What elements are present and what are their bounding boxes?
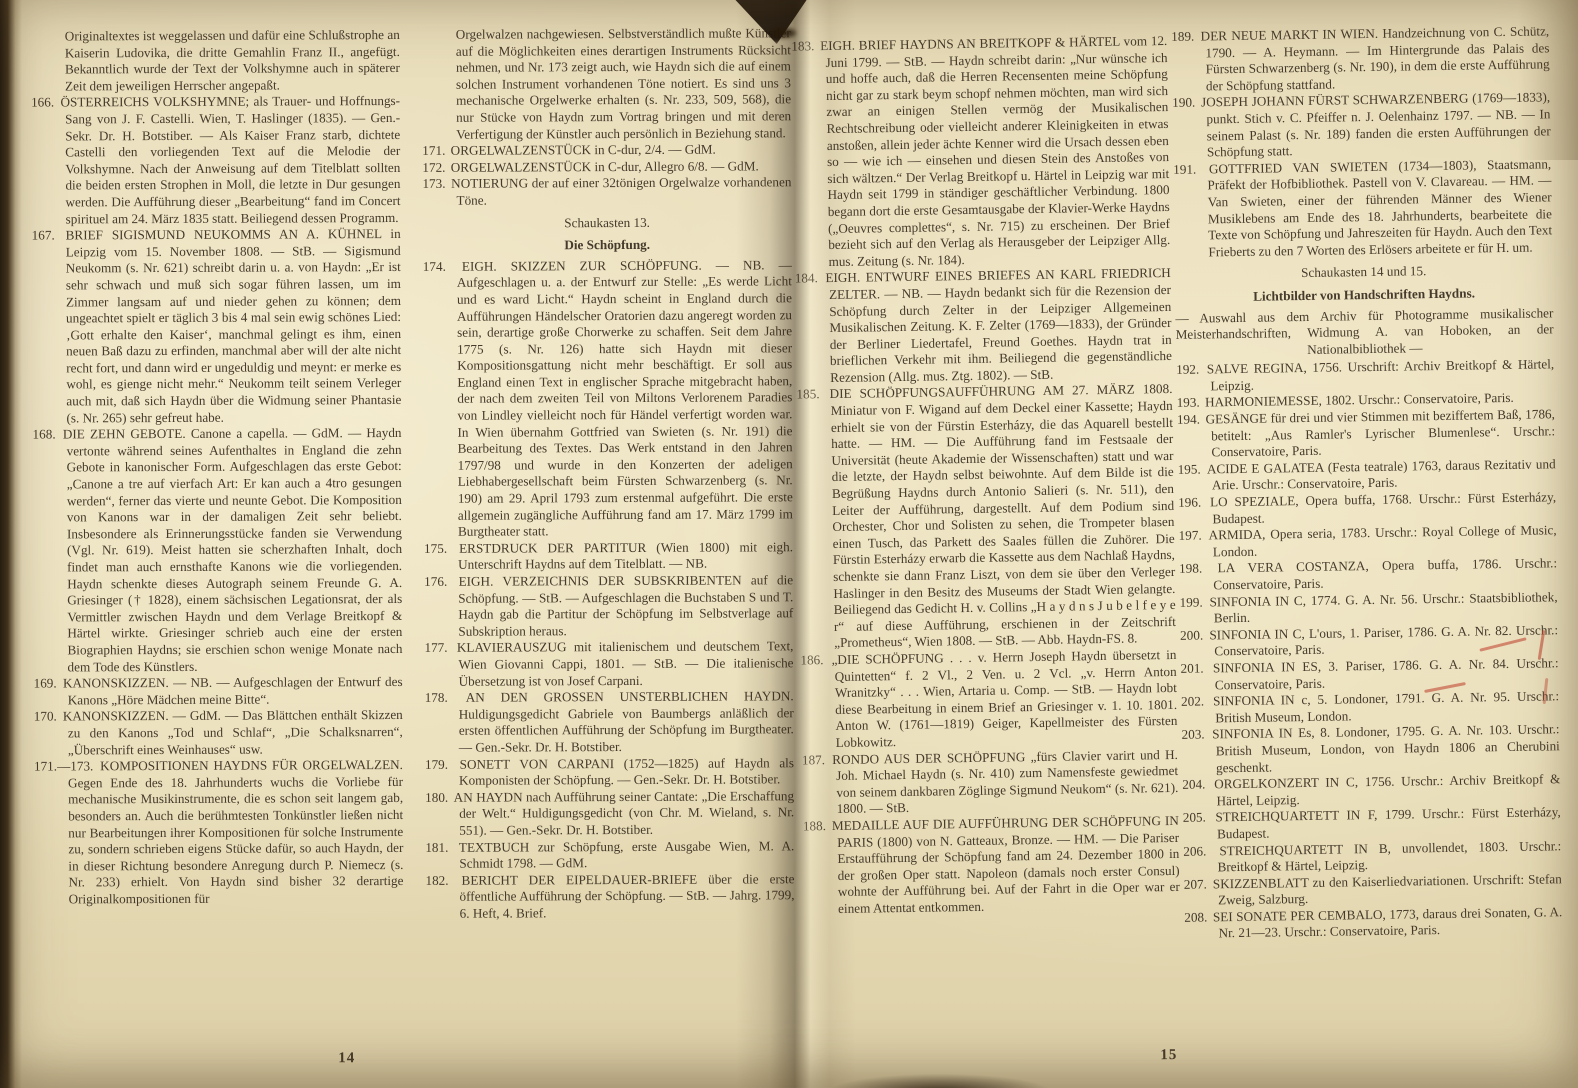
catalog-entry: 208. SEI SONATE PER CEMBALO, 1773, darau… xyxy=(1184,904,1562,943)
entry-number: 169. xyxy=(34,676,63,691)
entry-number: 196. xyxy=(1178,494,1210,509)
catalog-entry: 171.—173. KOMPOSITIONEN HAYDNS FÜR ORGEL… xyxy=(34,757,404,908)
entry-number: 175. xyxy=(424,541,459,556)
entry-number: 173. xyxy=(422,176,451,191)
entry-text: GOTTFRIED VAN SWIETEN (1734—1803), Staat… xyxy=(1207,156,1552,259)
page-left: Originaltextes ist weggelassen und dafür… xyxy=(0,0,794,1088)
entry-text: GESÄNGE für drei und vier Stimmen mit be… xyxy=(1205,406,1555,459)
section-heading: Lichtbilder von Handschriften Haydns. xyxy=(1175,284,1553,306)
entry-number: 199. xyxy=(1179,594,1209,609)
entry-text: ÖSTERREICHS VOLKSHYMNE; als Trauer- und … xyxy=(60,93,400,226)
entry-number: 170. xyxy=(34,709,63,724)
entry-text: DER NEUE MARKT IN WIEN. Handzeichnung vo… xyxy=(1200,23,1549,93)
entry-text: Lichtbilder von Handschriften Haydns. xyxy=(1253,285,1475,303)
entry-number: 174. xyxy=(423,258,462,273)
entry-number: 168. xyxy=(32,427,62,442)
entry-number: 189. xyxy=(1171,28,1201,43)
entry-text: SINFONIA IN C, L'ours, 1. Pariser, 1786.… xyxy=(1209,622,1558,659)
entry-text: — Auswahl aus dem Archiv für Photogramme… xyxy=(1175,305,1553,357)
right-page-column-2: 189. DER NEUE MARKT IN WIEN. Handzeichnu… xyxy=(1171,23,1563,943)
left-page-column-1: Originaltextes ist weggelassen und dafür… xyxy=(31,27,404,908)
page-number-right: 15 xyxy=(1160,1047,1177,1064)
catalog-entry: 206. STREICHQUARTETT IN B, unvollendet, … xyxy=(1183,838,1561,877)
catalog-entry: 190. JOSEPH JOHANN FÜRST SCHWARZENBERG (… xyxy=(1172,90,1551,162)
entry-text: ORGELWALZENSTÜCK in C-dur, Allegro 6/8. … xyxy=(451,158,759,174)
catalog-entry: 192. SALVE REGINA, 1756. Urschrift: Arch… xyxy=(1176,357,1554,396)
entry-number: 167. xyxy=(32,228,66,243)
entry-number: 191. xyxy=(1173,161,1209,177)
entry-number: 192. xyxy=(1176,362,1207,377)
entry-text: EIGH. BRIEF HAYDNS AN BREITKOPF & HÄRTEL… xyxy=(820,33,1170,269)
page-fold-crease xyxy=(770,28,796,38)
entry-text: DIE ZEHN GEBOTE. Canone a capella. — GdM… xyxy=(63,425,403,674)
page-number-left: 14 xyxy=(338,1050,355,1067)
entry-text: SINFONIA IN C, 1774. G. A. Nr. 56. Ursch… xyxy=(1209,589,1557,626)
entry-text: ACIDE E GALATEA (Festa teatrale) 1763, d… xyxy=(1207,456,1556,493)
entry-number: 205. xyxy=(1183,810,1216,825)
entry-text: SINFONIA IN Es, 8. Londoner, 1795. G. A.… xyxy=(1212,722,1560,775)
catalog-entry: 195. ACIDE E GALATEA (Festa teatrale) 17… xyxy=(1178,456,1556,495)
entry-text: STREICHQUARTETT IN B, unvollendet, 1803.… xyxy=(1217,838,1561,875)
catalog-entry: 204. ORGELKONZERT IN C, 1756. Urschr.: A… xyxy=(1182,771,1560,810)
catalog-entry: 191. GOTTFRIED VAN SWIETEN (1734—1803), … xyxy=(1173,156,1552,261)
entry-number: 193. xyxy=(1177,395,1206,410)
catalog-entry: 199. SINFONIA IN C, 1774. G. A. Nr. 56. … xyxy=(1179,589,1557,628)
catalog-entry: 197. ARMIDA, Opera seria, 1783. Urschr.:… xyxy=(1179,522,1557,561)
catalog-entry: 187. RONDO AUS DER SCHÖPFUNG „fürs Clavi… xyxy=(802,746,1179,818)
catalog-entry: 166. ÖSTERREICHS VOLKSHYMNE; als Trauer-… xyxy=(31,93,401,227)
bottom-fold-shadow xyxy=(830,1074,1050,1088)
entry-text: KANONSKIZZEN. — NB. — Aufgeschlagen der … xyxy=(63,674,403,707)
entry-text: SALVE REGINA, 1756. Urschrift: Archiv Br… xyxy=(1207,357,1555,394)
entry-number: 178. xyxy=(425,690,466,705)
entry-number: 166. xyxy=(31,95,60,110)
catalog-entry: 186. „DIE SCHÖPFUNG . . . v. Herrn Josep… xyxy=(800,647,1177,752)
entry-text: KANONSKIZZEN. — GdM. — Das Blättchen ent… xyxy=(63,707,403,757)
archive-note: — Auswahl aus dem Archiv für Photogramme… xyxy=(1175,305,1554,360)
entry-number: 202. xyxy=(1181,694,1213,709)
entry-text: STREICHQUARTETT IN F, 1799. Urschr.: Für… xyxy=(1215,805,1561,842)
entry-text: EIGH. ENTWURF EINES BRIEFES AN KARL FRIE… xyxy=(825,265,1172,385)
entry-number: 208. xyxy=(1184,909,1213,924)
page-right: 183. EIGH. BRIEF HAYDNS AN BREITKOPF & H… xyxy=(777,0,1578,1088)
catalog-entry: 189. DER NEUE MARKT IN WIEN. Handzeichnu… xyxy=(1171,23,1550,95)
entry-text: Originaltextes ist weggelassen und dafür… xyxy=(65,27,400,93)
entry-number: 195. xyxy=(1178,461,1207,476)
catalog-entry: 170. KANONSKIZZEN. — GdM. — Das Blättche… xyxy=(34,707,403,758)
catalog-entry: 169. KANONSKIZZEN. — NB. — Aufgeschlagen… xyxy=(34,674,403,709)
entry-number: 177. xyxy=(424,640,456,655)
entry-text: KOMPOSITIONEN HAYDNS FÜR ORGELWALZEN. Ge… xyxy=(68,757,403,906)
entry-number: 190. xyxy=(1172,95,1201,110)
entry-text: Die Schöpfung. xyxy=(564,237,650,252)
book-spread-scan: Originaltextes ist weggelassen und dafür… xyxy=(0,0,1578,1088)
catalog-entry: 168. DIE ZEHN GEBOTE. Canone a capella. … xyxy=(32,425,402,676)
catalog-entry: 198. LA VERA COSTANZA, Opera buffa, 1786… xyxy=(1179,556,1557,595)
entry-text: Schaukasten 13. xyxy=(564,214,650,229)
catalog-entry: 200. SINFONIA IN C, L'ours, 1. Pariser, … xyxy=(1180,622,1558,661)
entry-number: 194. xyxy=(1177,412,1206,427)
catalog-entry: 203. SINFONIA IN Es, 8. Londoner, 1795. … xyxy=(1181,722,1560,777)
entry-text: SINFONIA IN ES, 3. Pariser, 1786. G. A. … xyxy=(1213,655,1559,692)
entry-text: MEDAILLE AUF DIE AUFFÜHRUNG DER SCHÖPFUN… xyxy=(832,813,1180,916)
catalog-entry: 188. MEDAILLE AUF DIE AUFFÜHRUNG DER SCH… xyxy=(803,813,1180,918)
catalog-entry: 205. STREICHQUARTETT IN F, 1799. Urschr.… xyxy=(1183,805,1561,844)
entry-text: RONDO AUS DER SCHÖPFUNG „fürs Clavier va… xyxy=(832,746,1178,816)
entry-text: BRIEF SIGISMUND NEUKOMMS AN A. KÜHNEL in… xyxy=(66,226,402,425)
entry-number: 207. xyxy=(1184,876,1213,891)
entry-text: ORGELWALZENSTÜCK in C-dur, 2/4. — GdM. xyxy=(451,142,716,158)
entry-text: ARMIDA, Opera seria, 1783. Urschr.: Roya… xyxy=(1209,522,1557,559)
entry-text: SEI SONATE PER CEMBALO, 1773, daraus dre… xyxy=(1213,904,1563,941)
entry-number: 171.—173. xyxy=(34,758,100,773)
photo-dark-edge xyxy=(0,0,22,1088)
entry-number: 179. xyxy=(425,756,460,771)
entry-number: 172. xyxy=(422,160,450,175)
catalog-entry: 194. GESÄNGE für drei und vier Stimmen m… xyxy=(1177,406,1556,461)
entry-text: LO SPEZIALE, Opera buffa, 1768. Urschr.:… xyxy=(1210,489,1556,526)
entry-text: SKIZZENBLATT zu den Kaiserliedvariatione… xyxy=(1213,871,1562,908)
book-gutter-shadow xyxy=(736,0,856,1088)
entry-text: SINFONIA IN c, 5. Londoner, 1791. G. A. … xyxy=(1213,688,1559,725)
entry-text: ORGELKONZERT IN C, 1756. Urschr.: Archiv… xyxy=(1214,771,1560,808)
entry-number: 180. xyxy=(425,789,454,804)
entry-number: 204. xyxy=(1182,777,1214,792)
entry-text: DIE SCHÖPFUNGSAUFFÜHRUNG AM 27. MÄRZ 180… xyxy=(829,381,1176,650)
catalog-entry: 202. SINFONIA IN c, 5. Londoner, 1791. G… xyxy=(1181,688,1559,727)
entry-number: 197. xyxy=(1179,528,1209,543)
catalog-entry: 196. LO SPEZIALE, Opera buffa, 1768. Urs… xyxy=(1178,489,1556,528)
entry-number: 171. xyxy=(422,143,450,158)
corner-shade xyxy=(1518,0,1578,160)
section-heading: Schaukasten 14 und 15. xyxy=(1175,262,1553,284)
entry-text: JOSEPH JOHANN FÜRST SCHWARZENBERG (1769—… xyxy=(1201,90,1551,160)
entry-number: 200. xyxy=(1180,627,1210,642)
catalog-entry: 207. SKIZZENBLATT zu den Kaiserliedvaria… xyxy=(1184,871,1562,910)
catalog-entry: Originaltextes ist weggelassen und dafür… xyxy=(31,27,400,95)
entry-text: „DIE SCHÖPFUNG . . . v. Herrn Joseph Hay… xyxy=(831,647,1177,750)
entry-number: 182. xyxy=(425,872,461,887)
catalog-entry: 167. BRIEF SIGISMUND NEUKOMMS AN A. KÜHN… xyxy=(32,226,402,427)
entry-number: 203. xyxy=(1181,727,1212,742)
entry-number: 181. xyxy=(425,839,459,854)
entry-text: Schaukasten 14 und 15. xyxy=(1301,263,1426,280)
catalog-entry: 201. SINFONIA IN ES, 3. Pariser, 1786. G… xyxy=(1180,655,1558,694)
entry-number: 176. xyxy=(424,574,458,589)
entry-number: 206. xyxy=(1183,843,1219,859)
entry-number: 198. xyxy=(1179,561,1218,577)
entry-number: 201. xyxy=(1180,660,1213,675)
entry-text: LA VERA COSTANZA, Opera buffa, 1786. Urs… xyxy=(1213,556,1557,593)
